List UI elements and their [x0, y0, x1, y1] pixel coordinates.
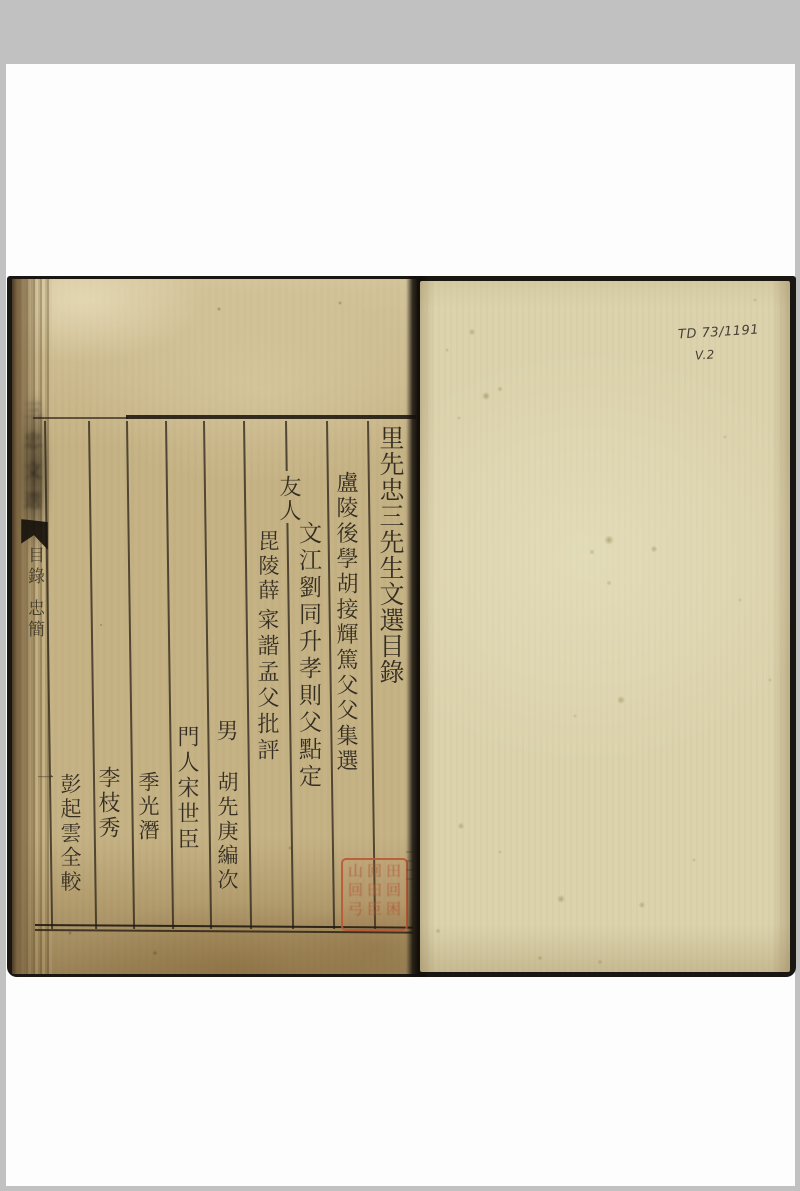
son-label: 男 — [215, 719, 237, 741]
friend-xue-name: 寀諧孟父批評 — [256, 608, 278, 764]
disciple-li-column: 李枝秀 — [97, 766, 119, 841]
toc-title-column: 里先忠三先生文選目錄 — [377, 425, 402, 685]
book-photo: 里先忠三先生文選目錄 盧陵後學胡接輝篤父父集選 友人 文江劉同升孝則父點定 毘陵… — [7, 276, 796, 977]
friends-label: 友人 — [278, 475, 300, 523]
column-rule — [286, 523, 294, 929]
friend-xue-place: 毘陵薛 — [257, 530, 278, 604]
right-page: TD 73/1191 V.2 — [420, 281, 790, 972]
column-rule — [243, 421, 252, 929]
seal-glyph-column: 回田臣 — [365, 863, 380, 920]
column-rule — [126, 421, 135, 929]
seal-glyph-column: 山回弓 — [346, 863, 361, 920]
spine-part-label: 忠簡 — [26, 599, 43, 641]
disciple-ji-column: 季光潛 — [137, 771, 158, 843]
seal-glyph-column: 田回困 — [384, 863, 399, 920]
column-rule — [165, 421, 174, 929]
disciple-song-column: 門人宋世臣 — [176, 725, 198, 853]
scan-sheet: 里先忠三先生文選目錄 盧陵後學胡接輝篤父父集選 友人 文江劉同升孝則父點定 毘陵… — [6, 64, 795, 1186]
column-rule — [285, 421, 288, 471]
disciple-peng-column: 彭起雲全較 — [59, 773, 80, 895]
column-rule — [367, 421, 376, 929]
column-rule — [203, 421, 212, 929]
spine-page-number: 一 — [35, 769, 52, 786]
foxing-spots-overlay — [420, 281, 790, 972]
spine-section-label: 目錄 — [26, 546, 43, 588]
column-rule — [88, 421, 97, 929]
left-page: 里先忠三先生文選目錄 盧陵後學胡接輝篤父父集選 友人 文江劉同升孝則父點定 毘陵… — [12, 279, 417, 974]
compiler-column: 盧陵後學胡接輝篤父父集選 — [335, 471, 357, 775]
friend-liu-column: 文江劉同升孝則父點定 — [297, 521, 320, 791]
son-column: 胡先庚編次 — [216, 771, 237, 893]
volume-number: V.2 — [695, 347, 716, 362]
collector-seal: 田回困 回田臣 山回弓 — [341, 858, 408, 931]
spine-title-smudged: 三忠文選 — [23, 401, 41, 521]
frame-top-border — [126, 415, 416, 419]
